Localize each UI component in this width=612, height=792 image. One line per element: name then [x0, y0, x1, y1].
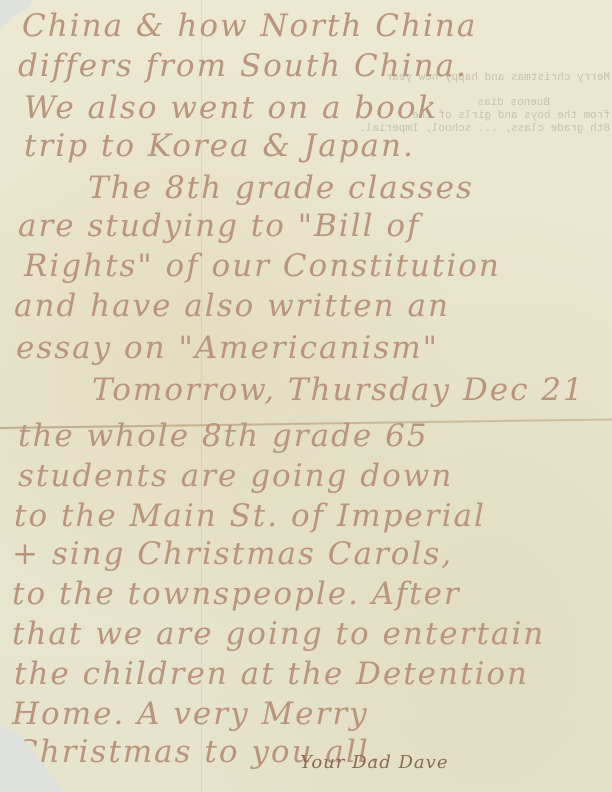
letter-line: the whole 8th grade 65 — [18, 418, 429, 454]
letter-page: Merry christmas and happy new year Bueno… — [0, 0, 612, 792]
letter-line: are studying to "Bill of — [18, 208, 421, 244]
letter-line: Home. A very Merry — [12, 696, 369, 732]
letter-line: China & how North China — [22, 8, 477, 44]
letter-line: the children at the Detention — [14, 656, 529, 692]
letter-line: to the Main St. of Imperial — [14, 498, 486, 534]
letter-line: essay on "Americanism" — [16, 330, 439, 366]
letter-line: + sing Christmas Carols, — [12, 536, 453, 572]
letter-line: trip to Korea & Japan. — [24, 128, 415, 164]
letter-line: students are going down — [18, 458, 453, 494]
letter-line: to the townspeople. After — [12, 576, 461, 612]
letter-line: and have also written an — [14, 288, 450, 324]
letter-line: We also went on a book — [24, 90, 438, 126]
letter-line: differs from South China. — [18, 48, 468, 84]
letter-line: The 8th grade classes — [88, 170, 474, 206]
letter-line: that we are going to entertain — [12, 616, 545, 652]
signature: Your Dad Dave — [300, 752, 448, 773]
letter-line: Rights" of our Constitution — [24, 248, 501, 284]
letter-line: Tomorrow, Thursday Dec 21 — [92, 372, 585, 408]
